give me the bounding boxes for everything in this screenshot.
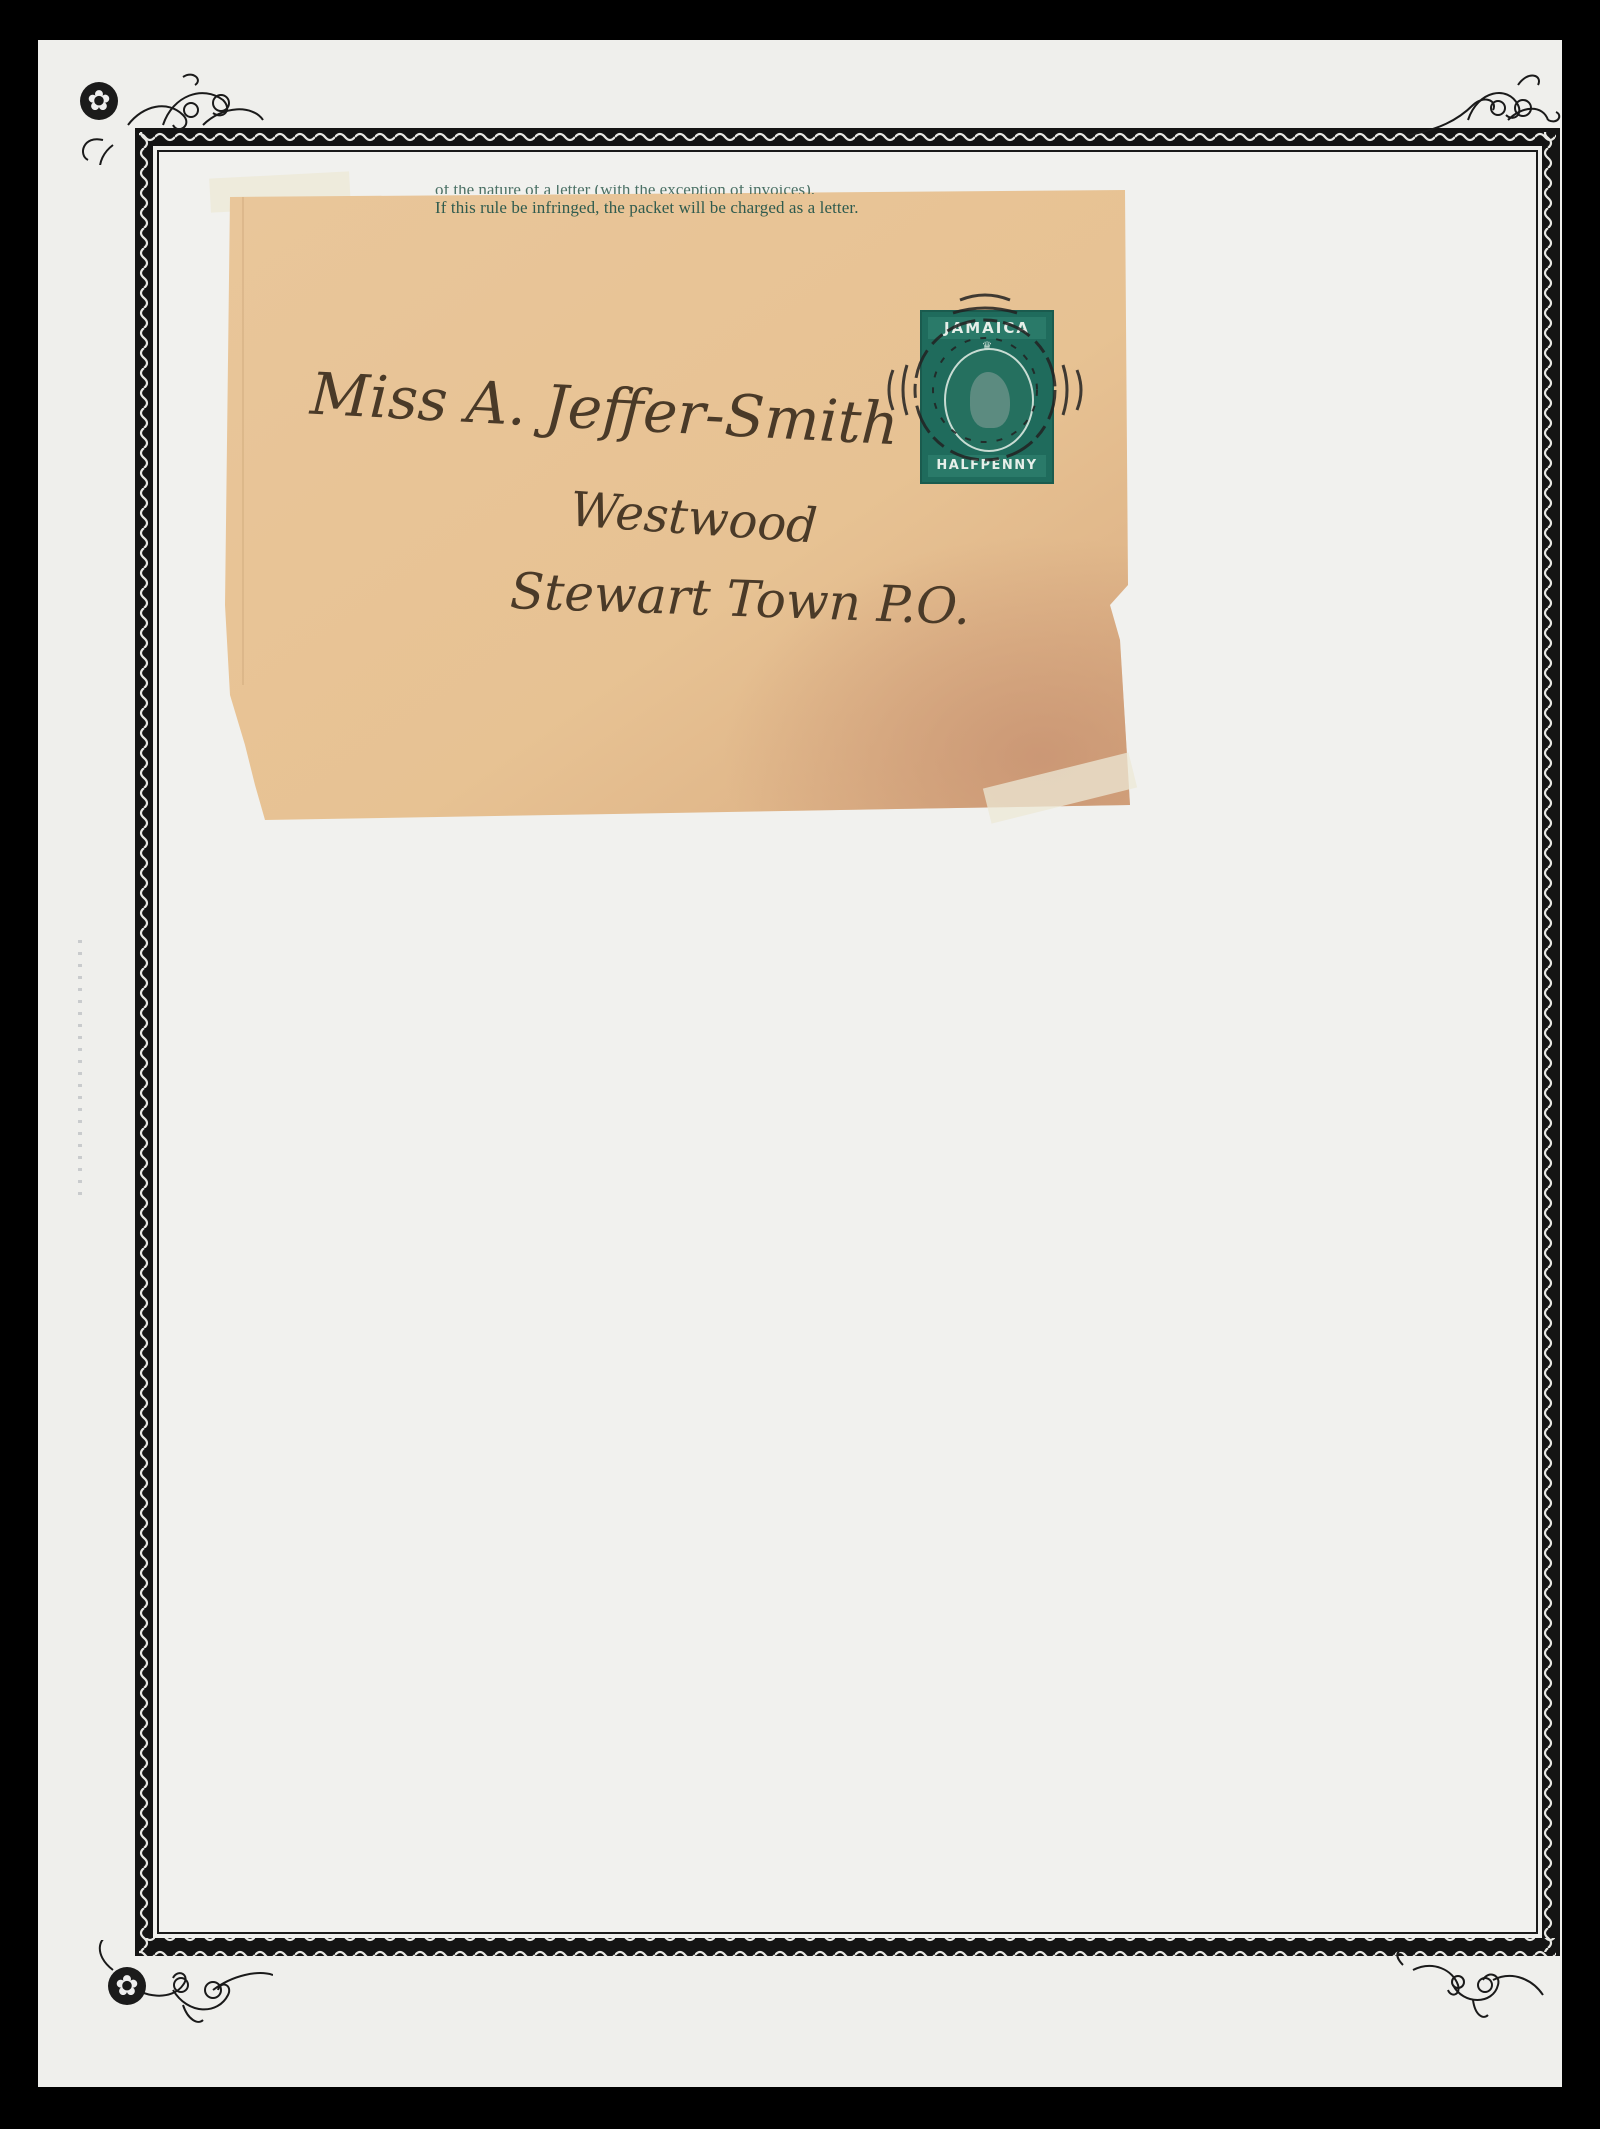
rosette-icon [80,82,118,120]
flourish-bottom-right-icon [1383,1940,1583,2040]
notice-line-2: If this rule be infringed, the packet wi… [435,198,859,218]
flourish-top-right-icon [1398,60,1598,160]
postmark-cancel [865,275,1105,515]
binder-holes [78,940,82,1200]
rosette-icon [108,1967,146,2005]
flourish-bottom-left-icon [73,1940,273,2040]
printed-notice: of the nature of a letter (with the exce… [435,187,859,218]
notice-line-1: of the nature of a letter (with the exce… [435,185,859,194]
jamaica-newspaper-wrapper[interactable]: of the nature of a letter (with the exce… [225,185,1130,820]
